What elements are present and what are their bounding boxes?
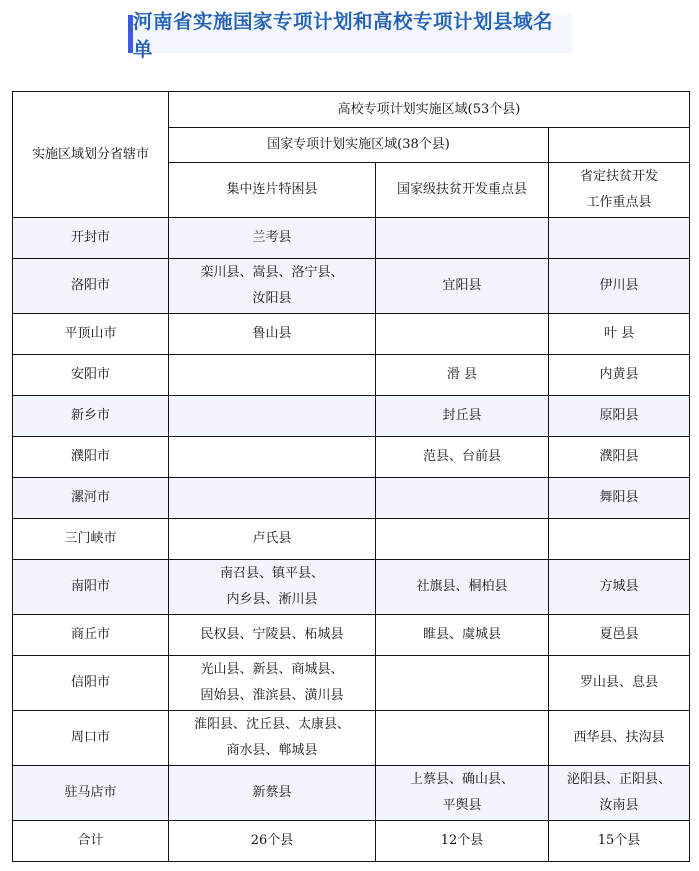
concentrated-cell: 兰考县 bbox=[169, 218, 376, 259]
national-poverty-cell: 上蔡县、确山县、平舆县 bbox=[376, 766, 549, 821]
city-cell: 周口市 bbox=[13, 711, 169, 766]
header-provincial-line2: 工作重点县 bbox=[553, 190, 685, 216]
provincial-cell-line: 泌阳县、正阳县、 bbox=[553, 767, 685, 793]
provincial-cell-line: 夏邑县 bbox=[553, 622, 685, 648]
provincial-cell-line: 罗山县、息县 bbox=[553, 670, 685, 696]
header-concentrated: 集中连片特困县 bbox=[169, 163, 376, 218]
provincial-cell: 泌阳县、正阳县、汝南县 bbox=[549, 766, 690, 821]
concentrated-cell: 栾川县、嵩县、洛宁县、汝阳县 bbox=[169, 259, 376, 314]
concentrated-cell: 新蔡县 bbox=[169, 766, 376, 821]
provincial-cell-line: 内黄县 bbox=[553, 362, 685, 388]
national-poverty-cell bbox=[376, 519, 549, 560]
concentrated-cell-line: 兰考县 bbox=[173, 225, 371, 251]
table-row: 开封市兰考县 bbox=[13, 218, 690, 259]
national-poverty-cell bbox=[376, 656, 549, 711]
city-cell: 新乡市 bbox=[13, 396, 169, 437]
national-poverty-cell-line: 封丘县 bbox=[380, 403, 544, 429]
provincial-cell-line: 舞阳县 bbox=[553, 485, 685, 511]
national-poverty-cell-line: 社旗县、桐柏县 bbox=[380, 574, 544, 600]
provincial-cell: 内黄县 bbox=[549, 355, 690, 396]
national-poverty-cell bbox=[376, 711, 549, 766]
total-provincial: 15个县 bbox=[549, 821, 690, 862]
header-university-plan: 高校专项计划实施区域(53个县) bbox=[169, 92, 690, 128]
city-cell: 平顶山市 bbox=[13, 314, 169, 355]
city-cell: 洛阳市 bbox=[13, 259, 169, 314]
concentrated-cell: 南召县、镇平县、内乡县、淅川县 bbox=[169, 560, 376, 615]
table-row: 南阳市南召县、镇平县、内乡县、淅川县社旗县、桐柏县方城县 bbox=[13, 560, 690, 615]
city-cell: 漯河市 bbox=[13, 478, 169, 519]
national-poverty-cell: 宜阳县 bbox=[376, 259, 549, 314]
city-cell: 信阳市 bbox=[13, 656, 169, 711]
provincial-cell-line: 伊川县 bbox=[553, 273, 685, 299]
header-national-poverty: 国家级扶贫开发重点县 bbox=[376, 163, 549, 218]
city-cell: 濮阳市 bbox=[13, 437, 169, 478]
national-poverty-cell bbox=[376, 478, 549, 519]
concentrated-cell: 鲁山县 bbox=[169, 314, 376, 355]
provincial-cell: 濮阳县 bbox=[549, 437, 690, 478]
table-row: 漯河市舞阳县 bbox=[13, 478, 690, 519]
concentrated-cell: 民权县、宁陵县、柘城县 bbox=[169, 615, 376, 656]
total-concentrated: 26个县 bbox=[169, 821, 376, 862]
national-poverty-cell: 社旗县、桐柏县 bbox=[376, 560, 549, 615]
provincial-cell bbox=[549, 218, 690, 259]
concentrated-cell-line: 新蔡县 bbox=[173, 780, 371, 806]
title-bar: 河南省实施国家专项计划和高校专项计划县域名单 bbox=[128, 15, 572, 53]
national-poverty-cell-line: 上蔡县、确山县、 bbox=[380, 767, 544, 793]
provincial-cell-line: 濮阳县 bbox=[553, 444, 685, 470]
provincial-cell: 罗山县、息县 bbox=[549, 656, 690, 711]
concentrated-cell: 卢氏县 bbox=[169, 519, 376, 560]
table-row: 平顶山市鲁山县叶 县 bbox=[13, 314, 690, 355]
concentrated-cell-line: 民权县、宁陵县、柘城县 bbox=[173, 622, 371, 648]
city-cell: 开封市 bbox=[13, 218, 169, 259]
concentrated-cell-line: 汝阳县 bbox=[173, 286, 371, 312]
city-cell: 商丘市 bbox=[13, 615, 169, 656]
national-poverty-cell: 封丘县 bbox=[376, 396, 549, 437]
county-list-table: 实施区域划分省辖市 高校专项计划实施区域(53个县) 国家专项计划实施区域(38… bbox=[12, 91, 690, 862]
provincial-cell: 舞阳县 bbox=[549, 478, 690, 519]
concentrated-cell bbox=[169, 355, 376, 396]
table-row: 安阳市滑 县内黄县 bbox=[13, 355, 690, 396]
provincial-cell-line: 叶 县 bbox=[553, 321, 685, 347]
provincial-cell: 伊川县 bbox=[549, 259, 690, 314]
national-poverty-cell-line: 宜阳县 bbox=[380, 273, 544, 299]
total-national-poverty: 12个县 bbox=[376, 821, 549, 862]
provincial-cell-line: 西华县、扶沟县 bbox=[553, 725, 685, 751]
city-cell: 南阳市 bbox=[13, 560, 169, 615]
table-row: 洛阳市栾川县、嵩县、洛宁县、汝阳县宜阳县伊川县 bbox=[13, 259, 690, 314]
table-row: 三门峡市卢氏县 bbox=[13, 519, 690, 560]
provincial-cell-line: 汝南县 bbox=[553, 793, 685, 819]
provincial-cell: 原阳县 bbox=[549, 396, 690, 437]
concentrated-cell bbox=[169, 478, 376, 519]
national-poverty-cell-line: 平舆县 bbox=[380, 793, 544, 819]
concentrated-cell-line: 固始县、淮滨县、潢川县 bbox=[173, 683, 371, 709]
table-row: 驻马店市新蔡县上蔡县、确山县、平舆县泌阳县、正阳县、汝南县 bbox=[13, 766, 690, 821]
total-label: 合计 bbox=[13, 821, 169, 862]
table-row: 濮阳市范县、台前县濮阳县 bbox=[13, 437, 690, 478]
national-poverty-cell: 睢县、虞城县 bbox=[376, 615, 549, 656]
total-row: 合计26个县12个县15个县 bbox=[13, 821, 690, 862]
concentrated-cell-line: 栾川县、嵩县、洛宁县、 bbox=[173, 260, 371, 286]
provincial-cell bbox=[549, 519, 690, 560]
national-poverty-cell: 滑 县 bbox=[376, 355, 549, 396]
concentrated-cell-line: 南召县、镇平县、 bbox=[173, 561, 371, 587]
national-poverty-cell-line: 睢县、虞城县 bbox=[380, 622, 544, 648]
concentrated-cell-line: 光山县、新县、商城县、 bbox=[173, 657, 371, 683]
header-row-1: 实施区域划分省辖市 高校专项计划实施区域(53个县) bbox=[13, 92, 690, 128]
header-national-plan: 国家专项计划实施区域(38个县) bbox=[169, 128, 549, 163]
concentrated-cell-line: 卢氏县 bbox=[173, 526, 371, 552]
provincial-cell-line: 原阳县 bbox=[553, 403, 685, 429]
provincial-cell: 夏邑县 bbox=[549, 615, 690, 656]
concentrated-cell-line: 商水县、郸城县 bbox=[173, 738, 371, 764]
concentrated-cell: 光山县、新县、商城县、固始县、淮滨县、潢川县 bbox=[169, 656, 376, 711]
national-poverty-cell-line: 滑 县 bbox=[380, 362, 544, 388]
table-row: 商丘市民权县、宁陵县、柘城县睢县、虞城县夏邑县 bbox=[13, 615, 690, 656]
national-poverty-cell-line: 范县、台前县 bbox=[380, 444, 544, 470]
concentrated-cell-line: 淮阳县、沈丘县、太康县、 bbox=[173, 712, 371, 738]
national-poverty-cell bbox=[376, 314, 549, 355]
concentrated-cell-line: 内乡县、淅川县 bbox=[173, 587, 371, 613]
national-poverty-cell: 范县、台前县 bbox=[376, 437, 549, 478]
table-row: 信阳市光山县、新县、商城县、固始县、淮滨县、潢川县罗山县、息县 bbox=[13, 656, 690, 711]
concentrated-cell: 淮阳县、沈丘县、太康县、商水县、郸城县 bbox=[169, 711, 376, 766]
concentrated-cell bbox=[169, 437, 376, 478]
table-row: 周口市淮阳县、沈丘县、太康县、商水县、郸城县西华县、扶沟县 bbox=[13, 711, 690, 766]
city-cell: 驻马店市 bbox=[13, 766, 169, 821]
city-cell: 安阳市 bbox=[13, 355, 169, 396]
concentrated-cell bbox=[169, 396, 376, 437]
header-provincial-line1: 省定扶贫开发 bbox=[553, 164, 685, 190]
provincial-cell: 方城县 bbox=[549, 560, 690, 615]
provincial-cell-line: 方城县 bbox=[553, 574, 685, 600]
city-cell: 三门峡市 bbox=[13, 519, 169, 560]
header-provincial: 省定扶贫开发 工作重点县 bbox=[549, 163, 690, 218]
header-empty bbox=[549, 128, 690, 163]
concentrated-cell-line: 鲁山县 bbox=[173, 321, 371, 347]
page-title: 河南省实施国家专项计划和高校专项计划县域名单 bbox=[133, 6, 572, 62]
header-city: 实施区域划分省辖市 bbox=[13, 92, 169, 218]
provincial-cell: 叶 县 bbox=[549, 314, 690, 355]
national-poverty-cell bbox=[376, 218, 549, 259]
provincial-cell: 西华县、扶沟县 bbox=[549, 711, 690, 766]
table-row: 新乡市封丘县原阳县 bbox=[13, 396, 690, 437]
